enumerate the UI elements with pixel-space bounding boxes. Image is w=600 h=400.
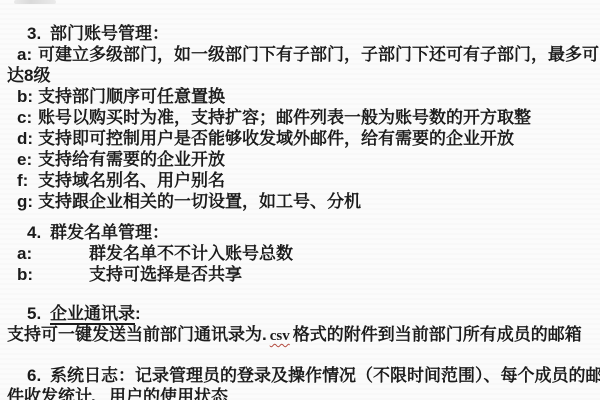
- section-4-heading: 4.群发名单管理：: [0, 222, 600, 243]
- section-3-heading: 3.部门账号管理：: [0, 23, 600, 44]
- item-3e-text: 支持给有需要的企业开放: [38, 150, 225, 169]
- section-4-number: 4.: [27, 222, 50, 243]
- csv-token: csv: [270, 328, 290, 344]
- item-3a: a:可建立多级部门，如一级部门下有子部门，子部门下还可有子部门，最多可: [0, 44, 600, 65]
- section-6-line2: 件收发统计、用户的使用状态: [0, 386, 600, 400]
- section-6-line1: 系统日志：记录管理员的登录及操作情况（不限时间范围）、每个成员的邮: [50, 366, 600, 385]
- item-3f-label: f:: [17, 170, 38, 191]
- item-3d-label: d:: [17, 128, 38, 149]
- document-page: 3.部门账号管理： a:可建立多级部门，如一级部门下有子部门，子部门下还可有子部…: [0, 0, 600, 400]
- item-3c-label: c:: [17, 107, 38, 128]
- item-3f: f:支持域名别名、用户别名: [0, 170, 600, 191]
- section-6-number: 6.: [27, 365, 50, 386]
- section-3-title: 部门账号管理：: [50, 24, 169, 43]
- item-4a: a:群发名单不不计入账号总数: [0, 243, 600, 264]
- section-5-body: 支持可一键发送当前部门通讯录为.csv格式的附件到当前部门所有成员的邮箱: [0, 324, 600, 347]
- item-3f-text: 支持域名别名、用户别名: [38, 171, 225, 190]
- section-3-number: 3.: [27, 23, 50, 44]
- item-4b-label: b:: [17, 264, 89, 285]
- cropped-line-fragment: [14, 0, 56, 4]
- item-3g-text: 支持跟企业相关的一切设置，如工号、分机: [38, 192, 361, 211]
- item-3c: c:账号以购买时为准，支持扩容；邮件列表一般为账号数的开方取整: [0, 107, 600, 128]
- item-3a-text: 可建立多级部门，如一级部门下有子部门，子部门下还可有子部门，最多可: [38, 45, 599, 64]
- item-3g: g:支持跟企业相关的一切设置，如工号、分机: [0, 191, 600, 212]
- item-3a-continuation: 达8级: [0, 65, 600, 86]
- item-3d: d:支持即可控制用户是否能够收发域外邮件，给有需要的企业开放: [0, 128, 600, 149]
- item-3c-text: 账号以购买时为准，支持扩容；邮件列表一般为账号数的开方取整: [38, 108, 531, 127]
- item-3g-label: g:: [17, 191, 38, 212]
- section-5-title-colon: :: [135, 304, 141, 323]
- section-6-heading: 6.系统日志：记录管理员的登录及操作情况（不限时间范围）、每个成员的邮: [0, 365, 600, 386]
- item-3b: b:支持部门顺序可任意置换: [0, 86, 600, 107]
- item-3b-label: b:: [17, 86, 38, 107]
- section-5-title: 企业通讯录: [50, 304, 135, 325]
- item-3e-label: e:: [17, 149, 38, 170]
- section-5-number: 5.: [27, 303, 50, 324]
- section-4-title: 群发名单管理：: [50, 223, 169, 242]
- section-5-body-before: 支持可一键发送当前部门通讯录为.: [7, 325, 267, 344]
- item-4b: b:支持可选择是否共享: [0, 264, 600, 285]
- item-3e: e:支持给有需要的企业开放: [0, 149, 600, 170]
- item-3d-text: 支持即可控制用户是否能够收发域外邮件，给有需要的企业开放: [38, 129, 514, 148]
- item-3a-label: a:: [17, 44, 38, 65]
- item-4a-text: 群发名单不不计入账号总数: [89, 244, 293, 263]
- item-3b-text: 支持部门顺序可任意置换: [38, 87, 225, 106]
- item-4b-text: 支持可选择是否共享: [89, 265, 242, 284]
- document-body: 3.部门账号管理： a:可建立多级部门，如一级部门下有子部门，子部门下还可有子部…: [0, 0, 600, 400]
- section-5-heading: 5.企业通讯录:: [0, 303, 600, 324]
- section-5-body-after: 格式的附件到当前部门所有成员的邮箱: [293, 325, 582, 344]
- item-4a-label: a:: [17, 243, 89, 264]
